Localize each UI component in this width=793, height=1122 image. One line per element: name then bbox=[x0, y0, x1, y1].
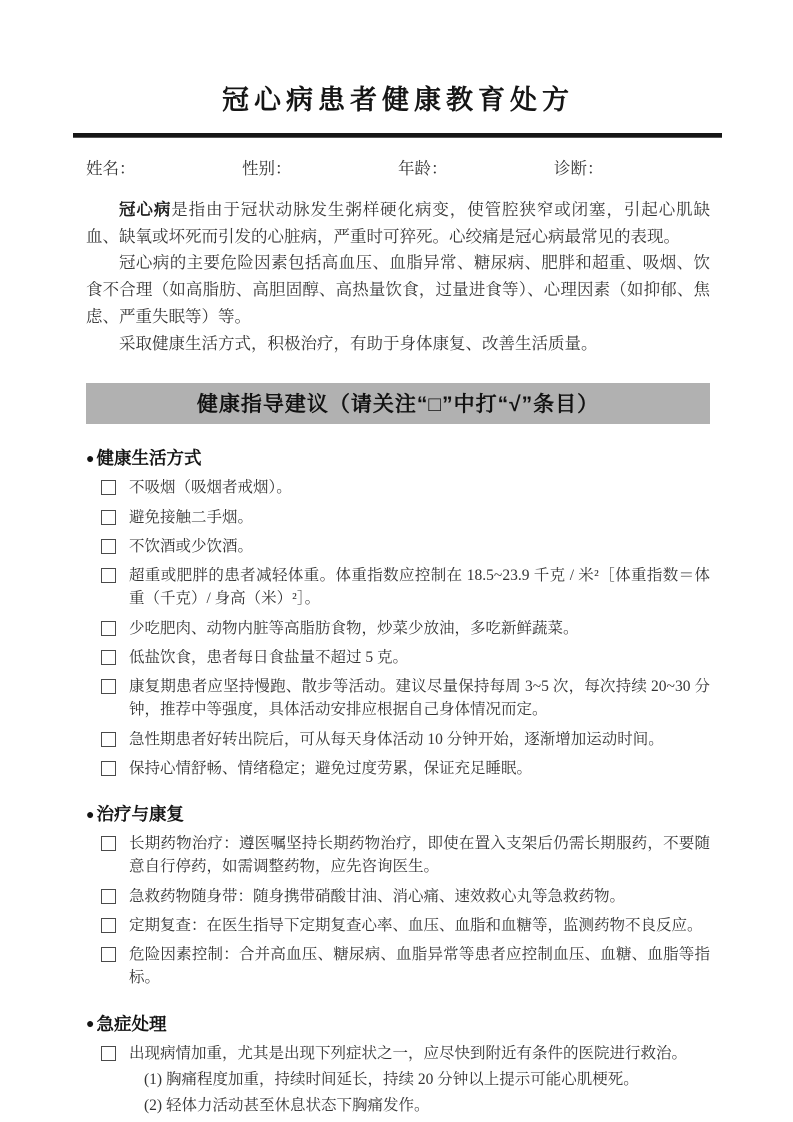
checklist-item: 长期药物治疗：遵医嘱坚持长期药物治疗，即使在置入支架后仍需长期服药，不要随意自行… bbox=[101, 832, 710, 879]
checklist-item-text: 保持心情舒畅、情绪稳定；避免过度劳累，保证充足睡眠。 bbox=[129, 757, 710, 780]
checklist-item: 危险因素控制：合并高血压、糖尿病、血脂异常等患者应控制血压、血糖、血脂等指标。 bbox=[101, 943, 710, 990]
checklist-item-text: 不吸烟（吸烟者戒烟）。 bbox=[129, 476, 710, 499]
checkbox-icon[interactable] bbox=[101, 918, 116, 933]
checklist-item: 不吸烟（吸烟者戒烟）。 bbox=[101, 476, 710, 499]
checklist-item-text: 不饮酒或少饮酒。 bbox=[129, 535, 710, 558]
checklist-item: 避免接触二手烟。 bbox=[101, 506, 710, 529]
checklist: 不吸烟（吸烟者戒烟）。 避免接触二手烟。 不饮酒或少饮酒。 超重或肥胖的患者减轻… bbox=[86, 476, 710, 780]
checkbox-icon[interactable] bbox=[101, 1046, 116, 1061]
checklist-item-text: 康复期患者应坚持慢跑、散步等活动。建议尽量保持每周 3~5 次，每次持续 20~… bbox=[129, 675, 710, 722]
checklist-item: 康复期患者应坚持慢跑、散步等活动。建议尽量保持每周 3~5 次，每次持续 20~… bbox=[101, 675, 710, 722]
checklist: 长期药物治疗：遵医嘱坚持长期药物治疗，即使在置入支架后仍需长期服药，不要随意自行… bbox=[86, 832, 710, 990]
page-title: 冠心病患者健康教育处方 bbox=[86, 78, 710, 117]
bullet-icon: ● bbox=[86, 806, 94, 822]
section-emergency-handling: ● 急症处理 出现病情加重，尤其是出现下列症状之一，应尽快到附近有条件的医院进行… bbox=[86, 1011, 710, 1118]
checkbox-icon[interactable] bbox=[101, 732, 116, 747]
checklist-item-text: 超重或肥胖的患者减轻体重。体重指数应控制在 18.5~23.9 千克 / 米²［… bbox=[129, 564, 710, 611]
checklist-item-text: 避免接触二手烟。 bbox=[129, 506, 710, 529]
section-title: 健康生活方式 bbox=[96, 445, 201, 470]
checklist-item-text: 长期药物治疗：遵医嘱坚持长期药物治疗，即使在置入支架后仍需长期服药，不要随意自行… bbox=[129, 832, 710, 879]
checklist-item-text: 出现病情加重，尤其是出现下列症状之一，应尽快到附近有条件的医院进行救治。 bbox=[129, 1042, 710, 1065]
checkbox-icon[interactable] bbox=[101, 650, 116, 665]
checklist-item: 保持心情舒畅、情绪稳定；避免过度劳累，保证充足睡眠。 bbox=[101, 757, 710, 780]
section-heading: ● 急症处理 bbox=[86, 1011, 710, 1036]
checklist-item: 超重或肥胖的患者减轻体重。体重指数应控制在 18.5~23.9 千克 / 米²［… bbox=[101, 564, 710, 611]
section-title: 急症处理 bbox=[96, 1011, 166, 1036]
checklist-item-text: 低盐饮食，患者每日食盐量不超过 5 克。 bbox=[129, 646, 710, 669]
section-heading: ● 健康生活方式 bbox=[86, 445, 710, 470]
sub-item: (1) 胸痛程度加重，持续时间延长，持续 20 分钟以上提示可能心肌梗死。 bbox=[144, 1068, 710, 1091]
checklist-item: 急救药物随身带：随身携带硝酸甘油、消心痛、速效救心丸等急救药物。 bbox=[101, 885, 710, 908]
document-page: 冠心病患者健康教育处方 姓名： 性别： 年龄： 诊断： 冠心病是指由于冠状动脉发… bbox=[0, 0, 793, 1122]
intro-block: 冠心病是指由于冠状动脉发生粥样硬化病变，使管腔狭窄或闭塞，引起心肌缺血、缺氧或坏… bbox=[86, 197, 710, 357]
intro-paragraph-2: 冠心病的主要危险因素包括高血压、血脂异常、糖尿病、肥胖和超重、吸烟、饮食不合理（… bbox=[86, 250, 710, 330]
checklist-item-text: 急救药物随身带：随身携带硝酸甘油、消心痛、速效救心丸等急救药物。 bbox=[129, 885, 710, 908]
checklist-item-text: 危险因素控制：合并高血压、糖尿病、血脂异常等患者应控制血压、血糖、血脂等指标。 bbox=[129, 943, 710, 990]
bullet-icon: ● bbox=[86, 450, 94, 466]
checkbox-icon[interactable] bbox=[101, 539, 116, 554]
intro-paragraph-3: 采取健康生活方式，积极治疗，有助于身体康复、改善生活质量。 bbox=[86, 331, 710, 358]
checkbox-icon[interactable] bbox=[101, 510, 116, 525]
checklist-item-text: 定期复查：在医生指导下定期复查心率、血压、血脂和血糖等，监测药物不良反应。 bbox=[129, 914, 710, 937]
checklist-item: 出现病情加重，尤其是出现下列症状之一，应尽快到附近有条件的医院进行救治。 bbox=[101, 1042, 710, 1065]
checkbox-icon[interactable] bbox=[101, 679, 116, 694]
checklist: 出现病情加重，尤其是出现下列症状之一，应尽快到附近有条件的医院进行救治。 (1)… bbox=[86, 1042, 710, 1118]
intro-paragraph-1-text: 是指由于冠状动脉发生粥样硬化病变，使管腔狭窄或闭塞，引起心肌缺血、缺氧或坏死而引… bbox=[86, 200, 710, 246]
name-field: 姓名： bbox=[86, 155, 242, 179]
checklist-item: 定期复查：在医生指导下定期复查心率、血压、血脂和血糖等，监测药物不良反应。 bbox=[101, 914, 710, 937]
checkbox-icon[interactable] bbox=[101, 568, 116, 583]
intro-paragraph-1: 冠心病是指由于冠状动脉发生粥样硬化病变，使管腔狭窄或闭塞，引起心肌缺血、缺氧或坏… bbox=[86, 197, 710, 250]
title-divider bbox=[73, 133, 722, 138]
checklist-item: 低盐饮食，患者每日食盐量不超过 5 克。 bbox=[101, 646, 710, 669]
bullet-icon: ● bbox=[86, 1015, 94, 1031]
checklist-item-text: 急性期患者好转出院后，可从每天身体活动 10 分钟开始，逐渐增加运动时间。 bbox=[129, 728, 710, 751]
checkbox-icon[interactable] bbox=[101, 947, 116, 962]
checkbox-icon[interactable] bbox=[101, 761, 116, 776]
diagnosis-field: 诊断： bbox=[554, 155, 710, 179]
checklist-item: 少吃肥肉、动物内脏等高脂肪食物，炒菜少放油，多吃新鲜蔬菜。 bbox=[101, 617, 710, 640]
checkbox-icon[interactable] bbox=[101, 621, 116, 636]
age-field: 年龄： bbox=[398, 155, 554, 179]
guidance-banner: 健康指导建议（请关注“□”中打“√”条目） bbox=[86, 383, 710, 424]
checklist-item: 急性期患者好转出院后，可从每天身体活动 10 分钟开始，逐渐增加运动时间。 bbox=[101, 728, 710, 751]
section-healthy-lifestyle: ● 健康生活方式 不吸烟（吸烟者戒烟）。 避免接触二手烟。 不饮酒或少饮酒。 超… bbox=[86, 445, 710, 780]
checkbox-icon[interactable] bbox=[101, 480, 116, 495]
section-title: 治疗与康复 bbox=[96, 801, 184, 826]
section-treatment-recovery: ● 治疗与康复 长期药物治疗：遵医嘱坚持长期药物治疗，即使在置入支架后仍需长期服… bbox=[86, 801, 710, 990]
patient-info-row: 姓名： 性别： 年龄： 诊断： bbox=[86, 155, 710, 179]
gender-field: 性别： bbox=[242, 155, 398, 179]
checkbox-icon[interactable] bbox=[101, 889, 116, 904]
section-heading: ● 治疗与康复 bbox=[86, 801, 710, 826]
sub-item: (2) 轻体力活动甚至休息状态下胸痛发作。 bbox=[144, 1094, 710, 1117]
checklist-item-text: 少吃肥肉、动物内脏等高脂肪食物，炒菜少放油，多吃新鲜蔬菜。 bbox=[129, 617, 710, 640]
checklist-item: 不饮酒或少饮酒。 bbox=[101, 535, 710, 558]
checkbox-icon[interactable] bbox=[101, 836, 116, 851]
intro-lead-term: 冠心病 bbox=[119, 200, 171, 219]
